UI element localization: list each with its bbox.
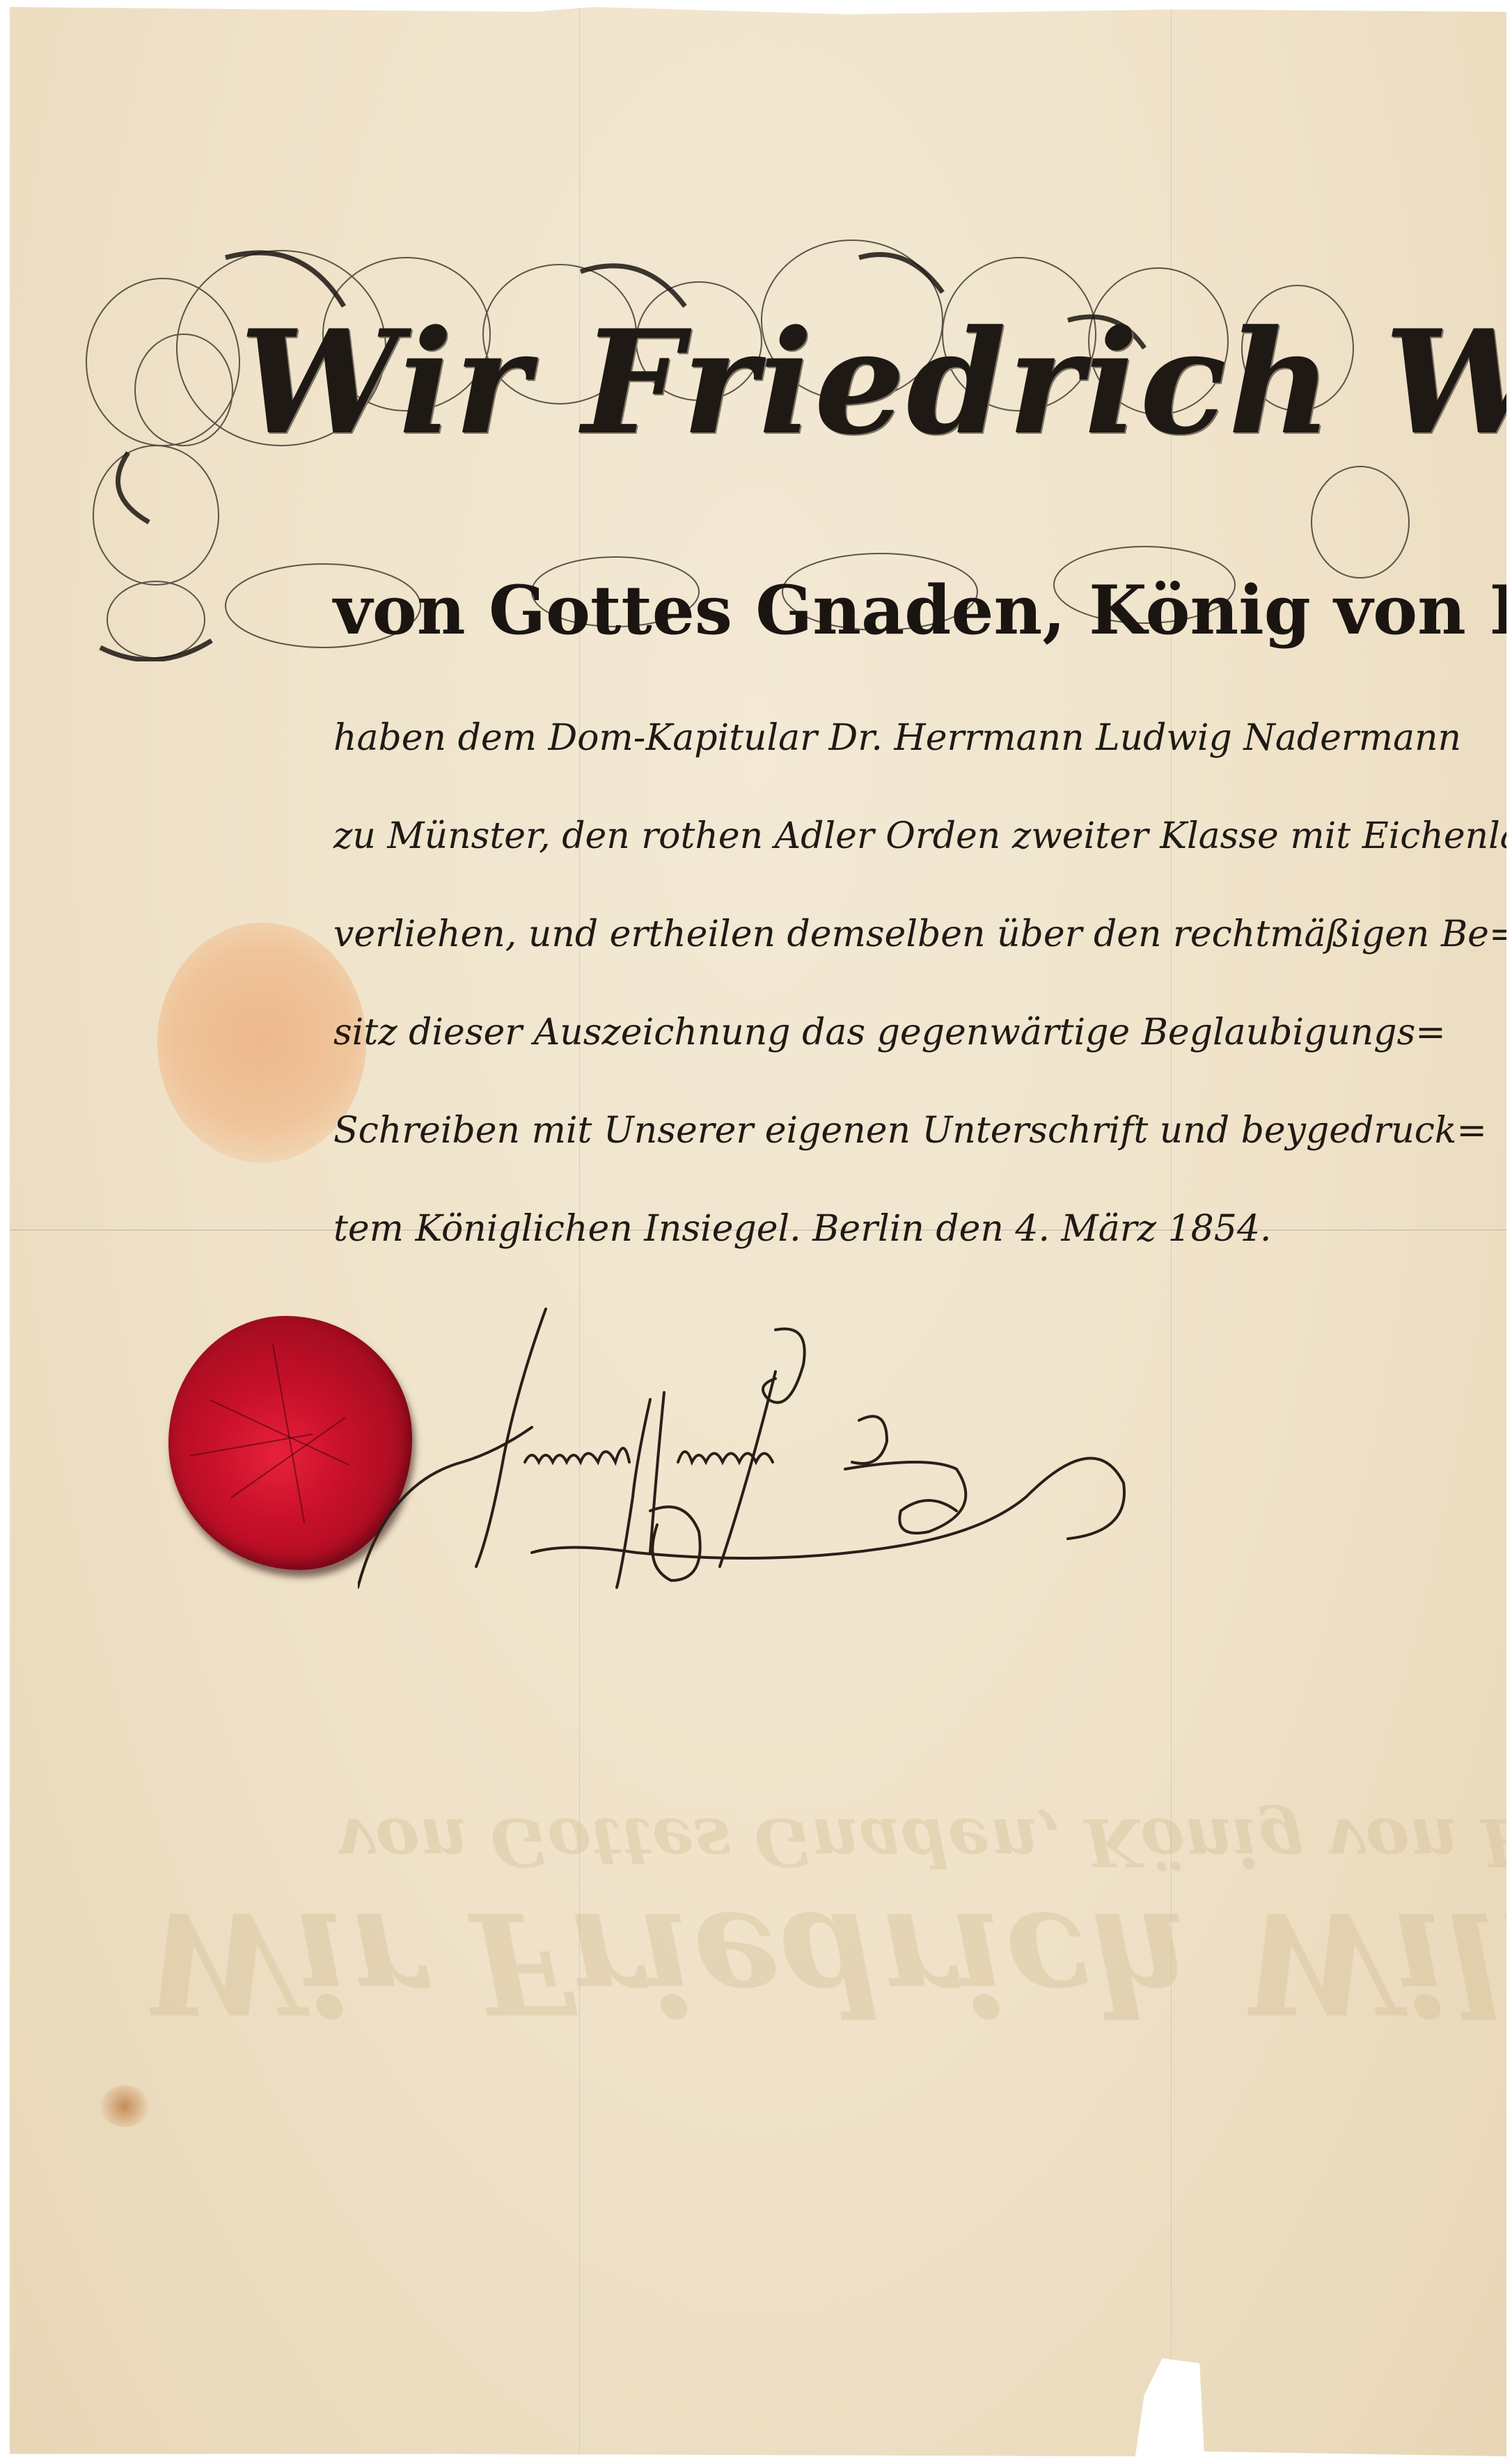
foxing-spot bbox=[100, 2085, 149, 2127]
body-line-5: Schreiben mit Unserer eigenen Unterschri… bbox=[333, 1103, 1475, 1201]
seal-crack bbox=[272, 1344, 305, 1523]
heading-line-2: von Gottes Gnaden, König von Preußen ꝛc. bbox=[333, 571, 1475, 650]
document-body: haben dem Dom-Kapitular Dr. Herrmann Lud… bbox=[333, 710, 1475, 1299]
bleed-through-line-2: von Gottes Gnaden, König von Preußen bbox=[337, 1803, 1465, 1881]
bleed-through-text: Wir Friedrich Wilhelm, von Gottes Gnaden… bbox=[142, 1803, 1465, 2044]
seal-crack bbox=[210, 1399, 349, 1466]
body-line-2: zu Münster, den rothen Adler Orden zweit… bbox=[333, 808, 1475, 907]
heading-line-2-text: von Gottes Gnaden, König von Preußen bbox=[333, 571, 1512, 650]
body-line-1: haben dem Dom-Kapitular Dr. Herrmann Lud… bbox=[333, 710, 1475, 808]
body-line-3: verliehen, und ertheilen demselben über … bbox=[333, 907, 1475, 1005]
heading-line-1: Wir Friedrich Wilhelm, bbox=[239, 299, 1423, 466]
royal-signature: Friedrich Wilhelm bbox=[358, 1302, 1367, 1608]
body-line-6: tem Königlichen Insiegel. Berlin den 4. … bbox=[333, 1201, 1475, 1299]
document-paper: Wir Friedrich Wilhelm, von Gottes Gnaden… bbox=[10, 7, 1506, 2456]
body-line-4: sitz dieser Auszeichnung das gegenwärtig… bbox=[333, 1005, 1475, 1103]
bleed-through-line-1: Wir Friedrich Wilhelm, bbox=[142, 1881, 1465, 2044]
